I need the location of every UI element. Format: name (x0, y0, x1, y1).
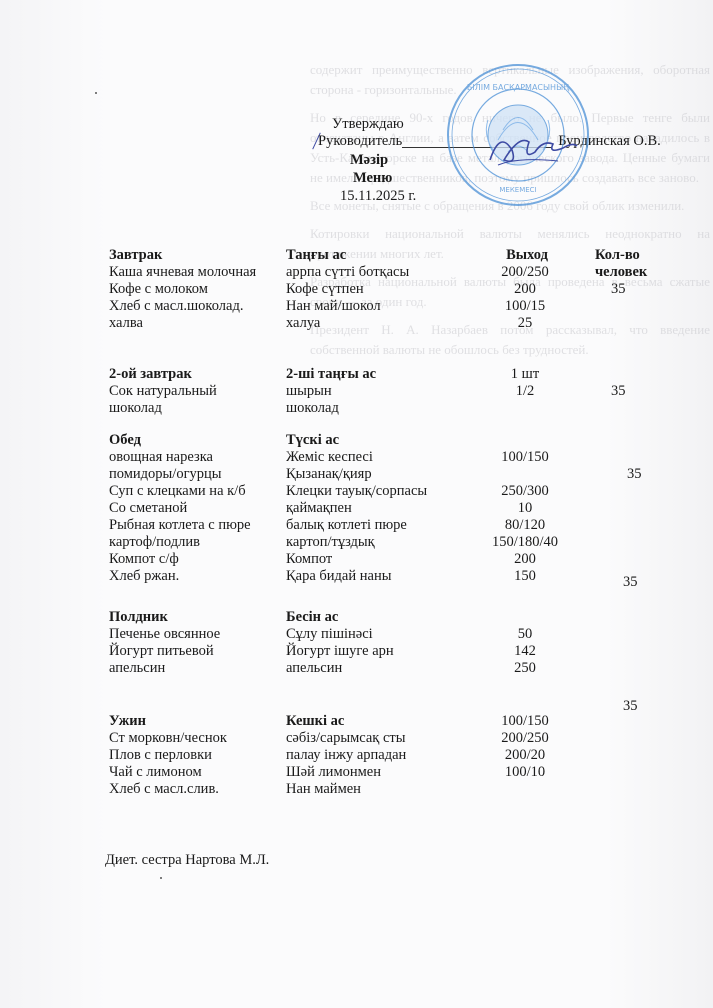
dish-output: 150 (490, 568, 560, 585)
dish-kz: Жеміс кеспесі (286, 449, 373, 466)
dish-output: 25 (490, 315, 560, 332)
meal-count: 35 (623, 574, 638, 591)
dish-output: 200 (490, 551, 560, 568)
dish-kz: Қызанақ/қияр (286, 466, 372, 483)
dish-output: 1 шт (490, 366, 560, 383)
speck (160, 877, 162, 879)
menu-date: 15.11.2025 г. (340, 188, 416, 205)
dish-kz: Кофе сүтпен (286, 281, 364, 298)
dish-kz: Компот (286, 551, 332, 568)
dish-kz: қаймақпен (286, 500, 352, 517)
dish-ru: Йогурт питьевой (109, 643, 214, 660)
dish-output: 1/2 (490, 383, 560, 400)
dish-ru: помидоры/огурцы (109, 466, 222, 483)
dish-output: 250/300 (490, 483, 560, 500)
dish-ru: Каша ячневая молочная (109, 264, 256, 281)
meal-name-kz: Бесін ас (286, 609, 338, 626)
dish-kz: Қара бидай наны (286, 568, 391, 585)
dish-kz: апельсин (286, 660, 342, 677)
dish-ru: Рыбная котлета с пюре (109, 517, 251, 534)
svg-text:БІЛІМ БАСҚАРМАСЫНЫҢ: БІЛІМ БАСҚАРМАСЫНЫҢ (467, 83, 570, 92)
meal-name-kz: Таңғы ас (286, 247, 346, 264)
dish-output: 200/20 (490, 747, 560, 764)
dish-output: 142 (490, 643, 560, 660)
meal-count: 35 (611, 281, 626, 298)
meal-name-kz: Түскі ас (286, 432, 339, 449)
meal-name-ru: 2-ой завтрак (109, 366, 192, 383)
dish-kz: Клецки тауық/сорпасы (286, 483, 427, 500)
dish-kz: шырын (286, 383, 332, 400)
dish-output: 150/180/40 (490, 534, 560, 551)
dish-kz: картоп/тұздық (286, 534, 375, 551)
dish-kz: Сұлу пішінәсі (286, 626, 373, 643)
dish-output: 200/250 (490, 264, 560, 281)
meal-name-ru: Полдник (109, 609, 168, 626)
dish-kz: Нан маймен (286, 781, 361, 798)
dish-kz: Нан май/шокол (286, 298, 381, 315)
speck (95, 92, 97, 94)
dish-kz: халуа (286, 315, 320, 332)
header-output: Выход (492, 247, 562, 264)
dish-output: 80/120 (490, 517, 560, 534)
meal-name-ru: Ужин (109, 713, 146, 730)
dish-output: 100/150 (490, 713, 560, 730)
dish-output: 250 (490, 660, 560, 677)
approve-label: Утверждаю (332, 116, 404, 133)
dish-output: 100/10 (490, 764, 560, 781)
dish-kz: палау інжу арпадан (286, 747, 406, 764)
meal-name-ru: Обед (109, 432, 141, 449)
svg-text:МЕКЕМЕСІ: МЕКЕМЕСІ (499, 186, 536, 194)
dish-ru: халва (109, 315, 143, 332)
dish-kz: Шәй лимонмен (286, 764, 381, 781)
dish-ru: Сок натуральный (109, 383, 217, 400)
dish-output: 100/150 (490, 449, 560, 466)
dish-ru: шоколад (109, 400, 162, 417)
dish-output: 50 (490, 626, 560, 643)
dish-kz: балық котлеті пюре (286, 517, 407, 534)
header-count-1: Кол-во (595, 247, 640, 264)
dish-output: 200 (490, 281, 560, 298)
dish-ru: картоф/подлив (109, 534, 200, 551)
dish-ru: апельсин (109, 660, 165, 677)
dish-kz: Йогурт ішуге арн (286, 643, 394, 660)
dish-ru: Хлеб с масл.слив. (109, 781, 219, 798)
dish-ru: Чай с лимоном (109, 764, 202, 781)
meal-name-ru: Завтрак (109, 247, 162, 264)
dish-ru: Хлеб ржан. (109, 568, 179, 585)
dish-output: 100/15 (490, 298, 560, 315)
dish-ru: Суп с клецками на к/б (109, 483, 246, 500)
dish-ru: Кофе с молоком (109, 281, 208, 298)
meal-count: 35 (627, 466, 642, 483)
header-count-2: человек (595, 264, 647, 281)
signature-icon (480, 120, 580, 180)
dish-kz: аррпа сүтті ботқасы (286, 264, 409, 281)
dish-output: 200/250 (490, 730, 560, 747)
dish-ru: Хлеб с масл.шоколад. (109, 298, 243, 315)
dish-ru: Печенье овсянное (109, 626, 220, 643)
title-kazakh: Мәзір (350, 152, 388, 169)
dish-ru: Плов с перловки (109, 747, 212, 764)
dish-ru: Компот с/ф (109, 551, 179, 568)
meal-name-kz: 2-ші таңғы ас (286, 366, 376, 383)
dish-kz: шоколад (286, 400, 339, 417)
director-label: Руководитель (318, 133, 402, 149)
dish-output: 10 (490, 500, 560, 517)
dish-ru: овощная нарезка (109, 449, 213, 466)
meal-count: 35 (611, 383, 626, 400)
meal-count: 35 (623, 698, 638, 715)
dish-ru: Со сметаной (109, 500, 187, 517)
meal-name-kz: Кешкі ас (286, 713, 344, 730)
title-russian: Меню (353, 170, 392, 187)
dish-ru: Ст морковн/чеснок (109, 730, 227, 747)
dietitian-signature: Диет. сестра Нартова М.Л. (105, 852, 269, 869)
dish-kz: сәбіз/сарымсақ сты (286, 730, 405, 747)
